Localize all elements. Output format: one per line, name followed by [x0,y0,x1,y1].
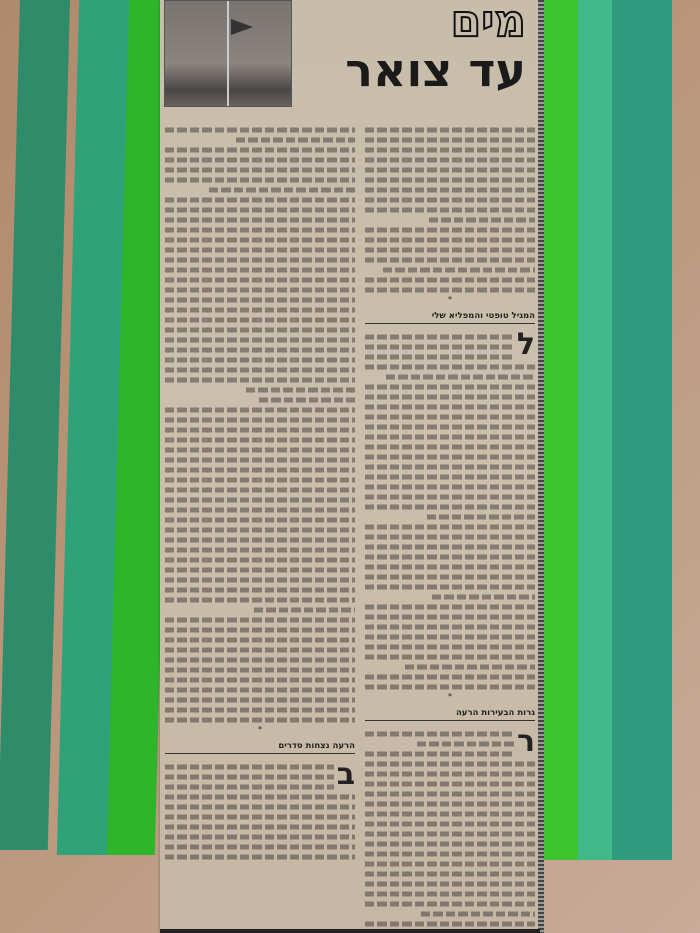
text-line [365,615,535,620]
text-line [165,528,355,533]
flag-icon [231,19,253,35]
text-line [165,628,355,633]
text-line [365,178,535,183]
text-line [165,578,355,583]
text-line [365,525,535,530]
drop-cap: ר [517,729,535,755]
text-line [165,678,355,683]
text-line [365,545,535,550]
text-line [165,198,355,203]
text-line [165,348,355,353]
text-line [365,772,535,777]
text-line [259,398,355,403]
text-line [421,912,535,917]
text-line [365,248,535,253]
text-line [209,188,355,193]
text-line [365,842,535,847]
text-line [365,455,535,460]
text-line [365,128,535,133]
text-line [165,718,355,723]
text-line [365,605,535,610]
text-line [383,268,535,273]
text-line [432,595,535,600]
text-line [165,668,355,673]
text-line [365,198,535,203]
torn-edge [538,0,544,933]
clipping-bottom-edge [160,929,540,933]
text-line [165,498,355,503]
text-line [165,458,355,463]
text-line [365,505,535,510]
text-line [165,268,355,273]
text-line [165,538,355,543]
section-separator: * [365,295,535,305]
text-line [165,248,355,253]
text-line [365,655,535,660]
text-line [165,168,355,173]
text-line [365,872,535,877]
text-line [165,468,355,473]
headline: מים עד צואר [296,0,526,118]
text-line [165,288,355,293]
text-line [365,585,535,590]
text-line [165,855,355,860]
text-line [165,278,355,283]
text-line [365,555,535,560]
section-separator: * [165,725,355,735]
text-line [365,335,514,340]
green-stripe-right-bright [540,0,582,860]
text-line [165,845,355,850]
right-column: *המגיל טופטי והמפליא שליל*גרות הבעירות ה… [365,125,535,929]
section-heading: הרעה נצחות סדרים [165,739,355,754]
text-line [165,128,355,133]
text-line [365,475,535,480]
text-line [365,762,535,767]
green-stripe-right-dark [612,0,672,860]
section-heading: גרות הבעירות הרעה [365,706,535,721]
text-line [365,822,535,827]
text-line [365,435,535,440]
text-line [365,288,535,293]
text-line [254,608,355,613]
text-line [165,428,355,433]
text-line [365,208,535,213]
text-line [165,418,355,423]
text-line [365,188,535,193]
text-line [165,158,355,163]
text-line [429,218,535,223]
text-line [365,485,535,490]
text-line [165,785,334,790]
text-line [165,658,355,663]
text-line [165,148,355,153]
text-line [165,805,355,810]
text-line [427,515,535,520]
text-line [165,638,355,643]
flag-pole [227,1,229,106]
text-line [165,598,355,603]
text-line [365,782,535,787]
text-line [365,535,535,540]
text-line [165,238,355,243]
headline-line1: מים [296,0,526,44]
text-line [165,588,355,593]
text-line [365,732,514,737]
text-line [165,488,355,493]
text-line [405,665,535,670]
text-line [365,425,535,430]
text-line [365,862,535,867]
text-line [365,675,535,680]
text-line [165,825,355,830]
green-stripe-right-mid [578,0,614,860]
section-heading: המגיל טופטי והמפליא שלי [365,309,535,324]
text-line [165,478,355,483]
text-line [365,465,535,470]
text-line [365,228,535,233]
text-line [365,495,535,500]
text-line [165,218,355,223]
text-line [165,795,355,800]
text-line [365,138,535,143]
flag-photo [164,0,292,107]
headline-line2: עד צואר [296,44,526,96]
text-line [365,395,535,400]
text-line [365,625,535,630]
text-line [365,168,535,173]
text-line [365,355,514,360]
text-line [165,368,355,373]
text-line [165,508,355,513]
text-line [246,388,355,393]
section-separator: * [365,692,535,702]
text-line [165,775,334,780]
text-line [365,922,535,927]
text-line [165,448,355,453]
text-line [165,518,355,523]
text-line [165,815,355,820]
text-line [365,365,535,370]
text-line [365,802,535,807]
text-line [165,558,355,563]
text-line [365,158,535,163]
text-line [365,892,535,897]
text-line [165,765,334,770]
text-line [365,405,535,410]
text-line [165,208,355,213]
text-line [165,408,355,413]
text-line [165,648,355,653]
drop-cap: ב [337,762,355,788]
text-line [365,345,514,350]
text-line [365,685,535,690]
text-line [165,708,355,713]
text-line [365,902,535,907]
text-line [165,568,355,573]
text-line [365,385,535,390]
drop-cap: ל [517,332,535,358]
text-line [165,258,355,263]
text-line [165,178,355,183]
text-line [365,635,535,640]
text-line [165,228,355,233]
text-line [165,338,355,343]
text-line [365,278,535,283]
text-line [165,298,355,303]
left-column: *הרעה נצחות סדריםב [165,125,355,862]
text-line [165,698,355,703]
text-line [165,548,355,553]
text-line [165,358,355,363]
text-line [365,882,535,887]
text-line [365,852,535,857]
text-line [365,258,535,263]
text-line [236,138,355,143]
text-line [365,575,535,580]
text-line [365,645,535,650]
newspaper-clipping: מים עד צואר *המגיל טופטי והמפליא שליל*גר… [160,0,540,933]
text-line [165,308,355,313]
text-line [165,688,355,693]
text-line [365,565,535,570]
text-line [165,318,355,323]
text-line [365,445,535,450]
text-line [365,415,535,420]
text-line [365,832,535,837]
text-line [365,238,535,243]
text-line [365,792,535,797]
text-line [365,812,535,817]
text-line [165,438,355,443]
text-line [165,378,355,383]
text-line [365,148,535,153]
text-line [165,835,355,840]
text-line [386,375,535,380]
text-line [165,618,355,623]
text-line [165,328,355,333]
text-line [365,752,514,757]
text-line [417,742,514,747]
